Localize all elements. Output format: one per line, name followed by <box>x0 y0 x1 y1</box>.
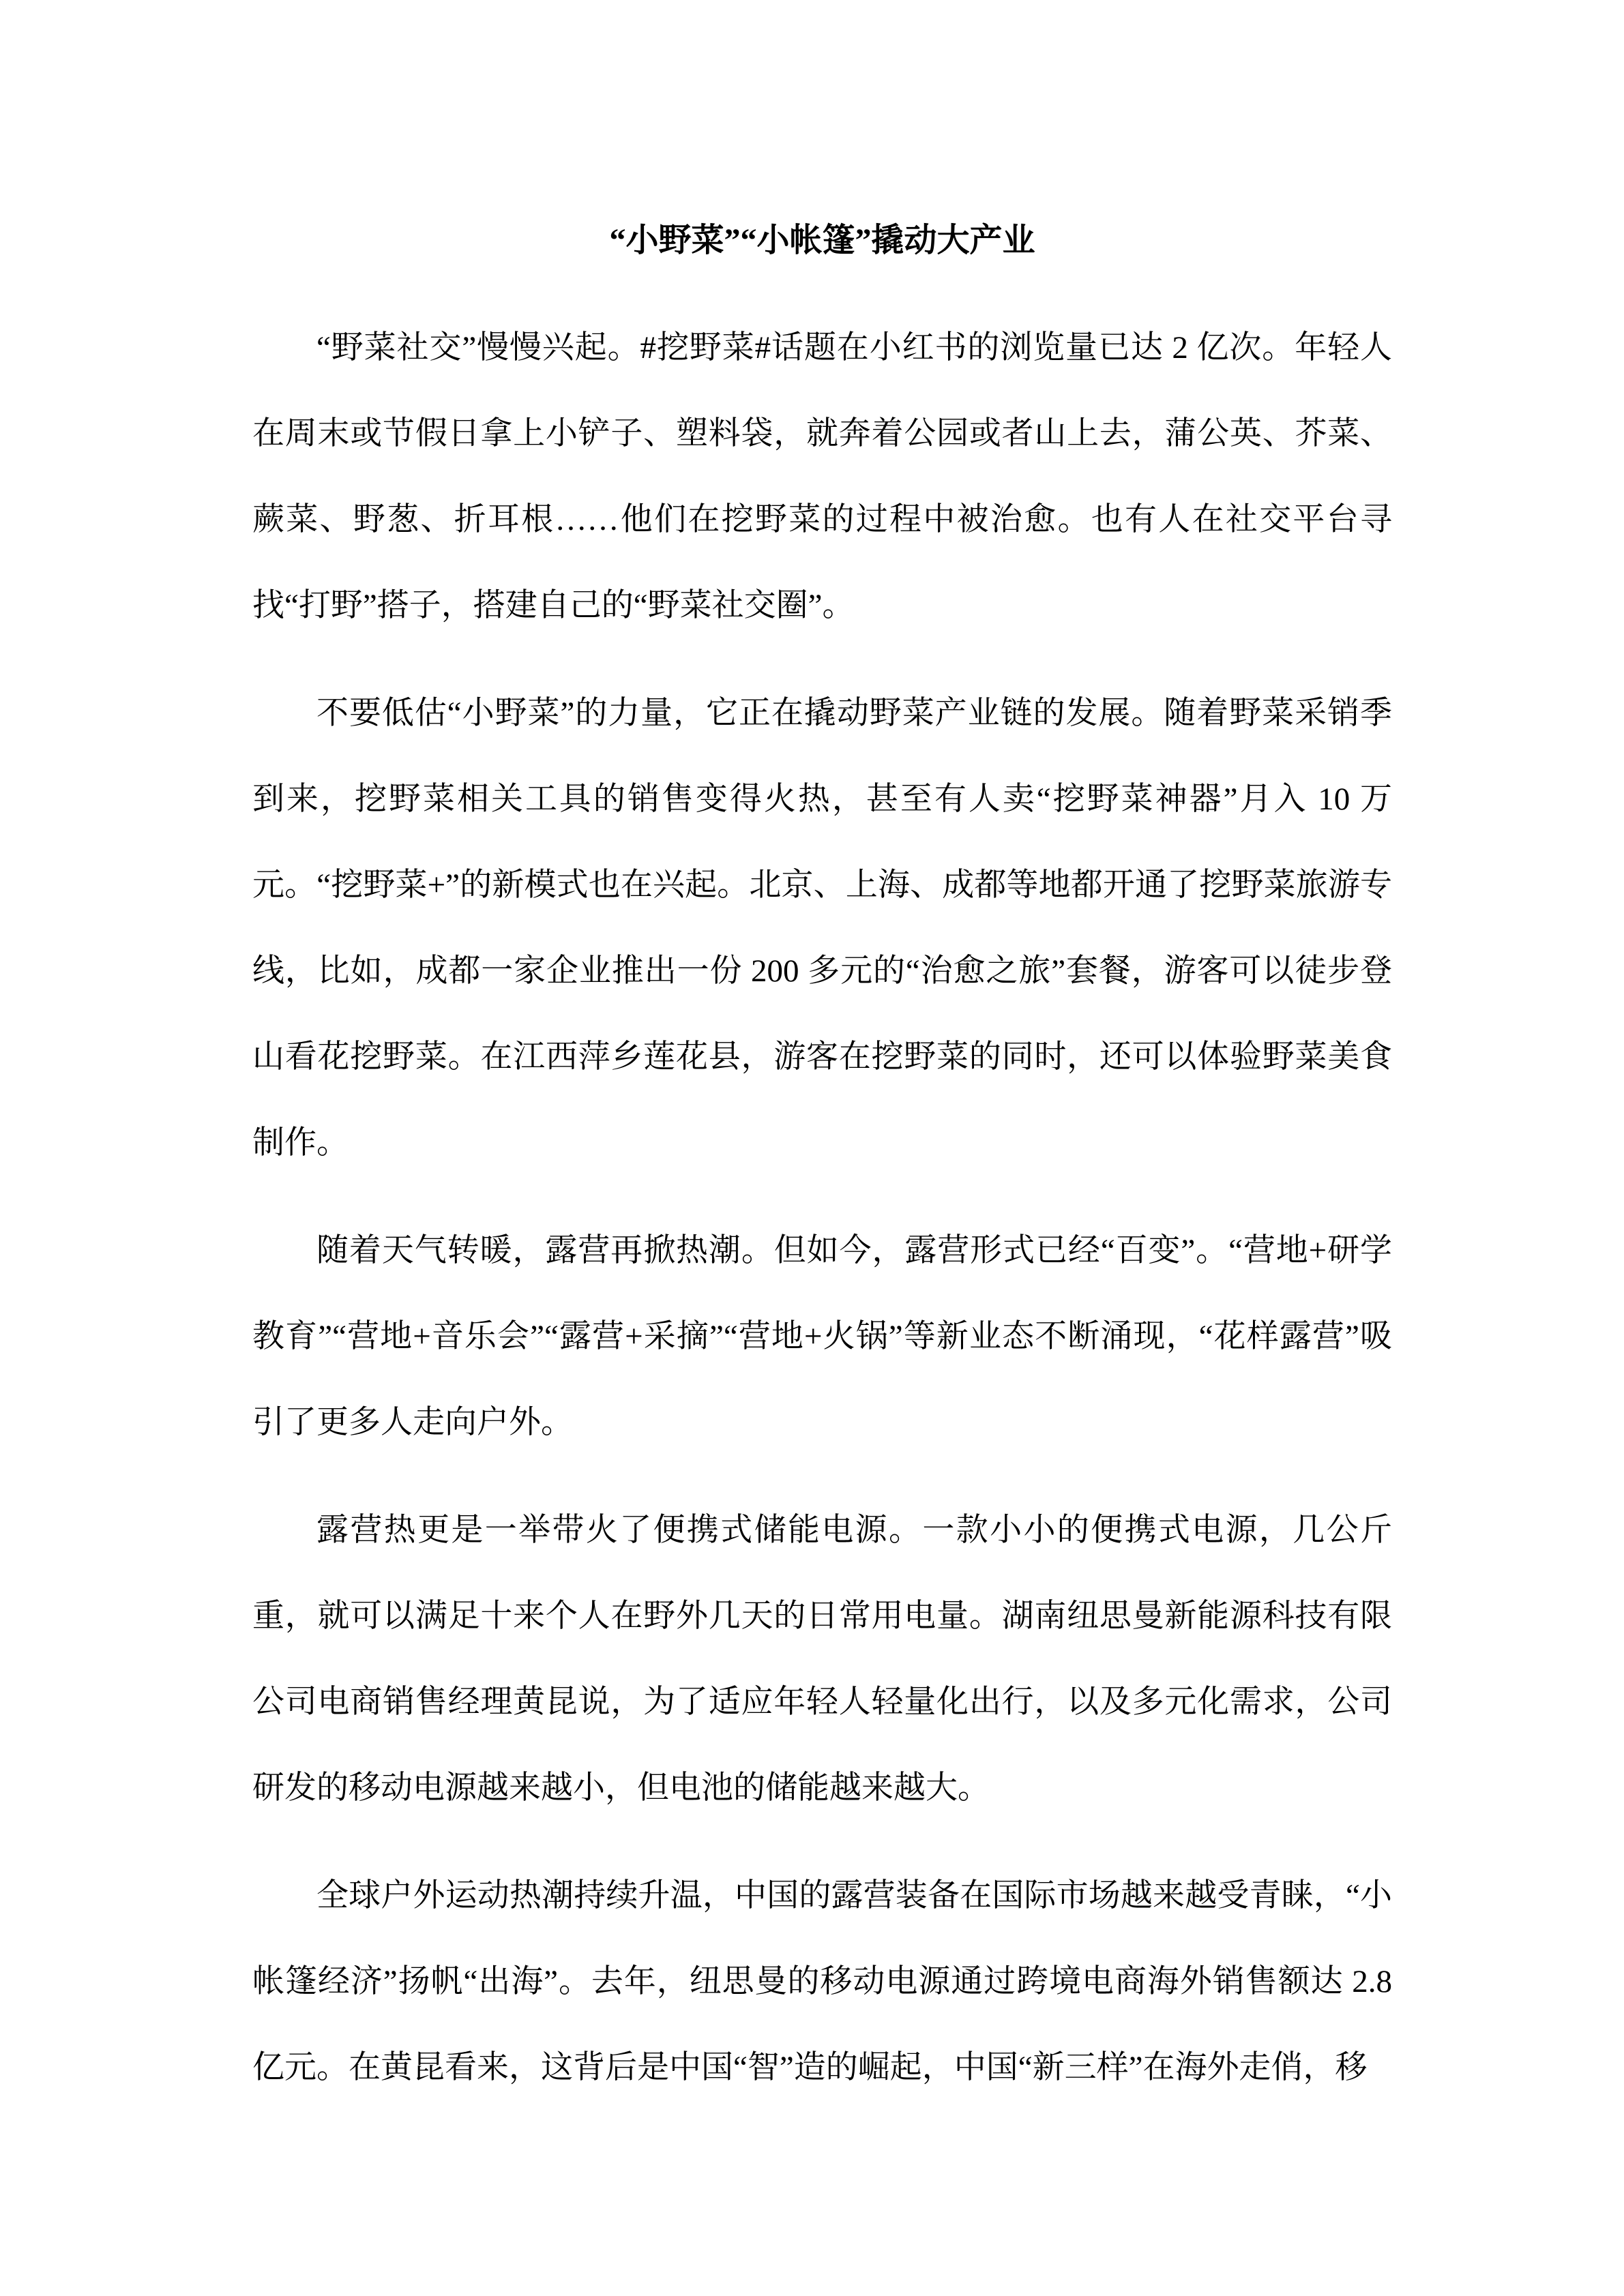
document-page: “小野菜”“小帐篷”撬动大产业 “野菜社交”慢慢兴起。#挖野菜#话题在小红书的浏… <box>0 0 1624 2296</box>
document-content: “小野菜”“小帐篷”撬动大产业 “野菜社交”慢慢兴起。#挖野菜#话题在小红书的浏… <box>0 0 1624 2111</box>
paragraph-1: “野菜社交”慢慢兴起。#挖野菜#话题在小红书的浏览量已达 2 亿次。年轻人在周末… <box>252 305 1392 648</box>
paragraph-2: 不要低估“小野菜”的力量，它正在撬动野菜产业链的发展。随着野菜采销季到来，挖野菜… <box>252 670 1392 1186</box>
paragraph-5: 全球户外运动热潮持续升温，中国的露营装备在国际市场越来越受青睐，“小帐篷经济”扬… <box>252 1853 1392 2111</box>
paragraph-4: 露营热更是一举带火了便携式储能电源。一款小小的便携式电源，几公斤重，就可以满足十… <box>252 1487 1392 1831</box>
document-title: “小野菜”“小帐篷”撬动大产业 <box>252 198 1392 284</box>
paragraph-3: 随着天气转暖，露营再掀热潮。但如今，露营形式已经“百变”。“营地+研学教育”“营… <box>252 1208 1392 1465</box>
